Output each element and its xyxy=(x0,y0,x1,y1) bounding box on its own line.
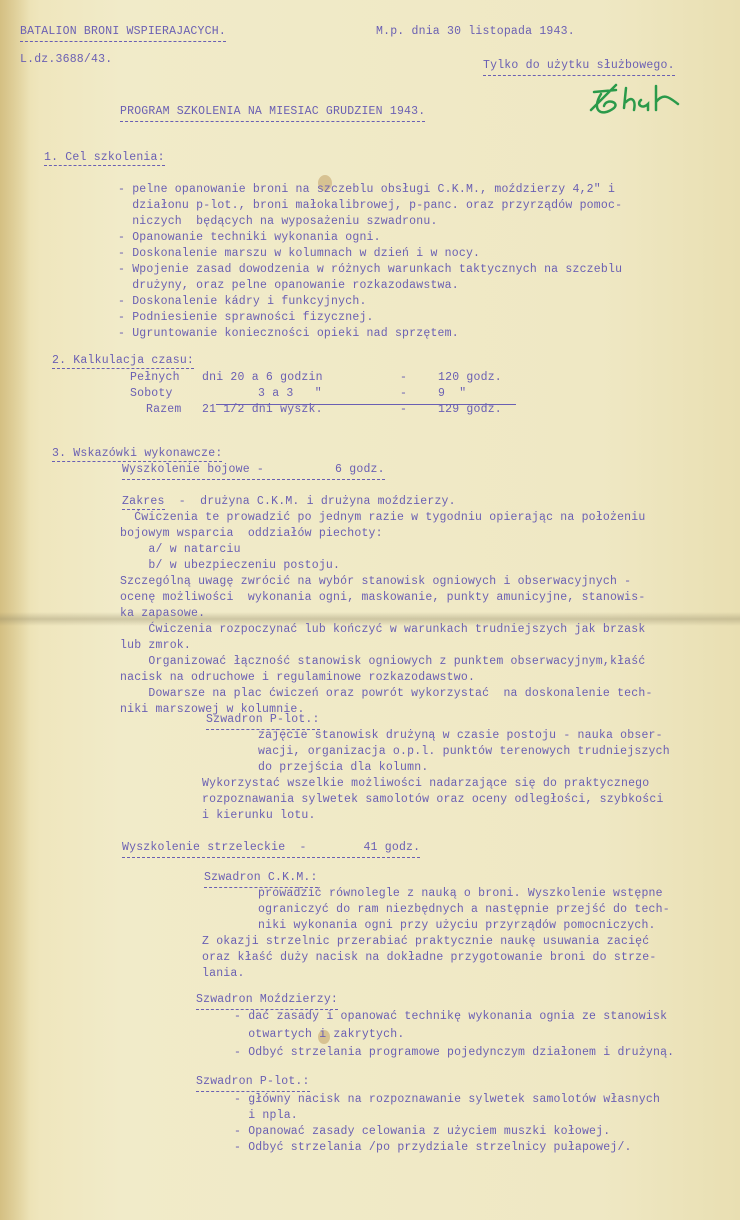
text-line: - Ugruntowanie konieczności opieki nad s… xyxy=(118,326,622,342)
ckm-after: Z okazji strzelnic przerabiać praktyczni… xyxy=(202,934,656,982)
text-line: Szczególną uwagę zwrócić na wybór stanow… xyxy=(120,574,653,590)
text-line: - Odbyć strzelania /po przydziale strzel… xyxy=(234,1140,660,1156)
text-line: - Odbyć strzelania programowe pojedynczy… xyxy=(234,1044,674,1062)
calc-value: 9 " xyxy=(438,386,466,402)
sum-rule xyxy=(216,404,516,405)
text-line: do przejścia dla kolumn. xyxy=(258,760,670,776)
plot-instructions: zajęcie stanowisk drużyną w czasie posto… xyxy=(258,728,670,776)
text-line: niki wykonania ogni przy użyciu przyrząd… xyxy=(258,918,670,934)
plot-shooting-heading: Szwadron P-lot.: xyxy=(196,1074,310,1092)
text-line: ocenę możliwości wykonania ogni, maskowa… xyxy=(120,590,653,606)
text-line: prowadzić równolegle z nauką o broni. Wy… xyxy=(258,886,670,902)
unit-name: BATALION BRONI WSPIERAJACYCH. xyxy=(20,24,226,42)
text-line: - Opanowanie techniki wykonania ogni. xyxy=(118,230,622,246)
text-line: i kierunku lotu. xyxy=(202,808,664,824)
section3-heading: 3. Wskazówki wykonawcze: xyxy=(52,446,222,462)
heading-text: 1. Cel szkolenia: xyxy=(44,151,165,166)
text-line: lania. xyxy=(202,966,656,982)
heading-text: 3. Wskazówki wykonawcze: xyxy=(52,447,222,462)
mortar-instructions: - dać zasady i opanować technikę wykonan… xyxy=(234,1008,674,1062)
paper-edge xyxy=(0,0,30,1220)
text-line: nacisk na odruchowe i regulaminowe rozka… xyxy=(120,670,653,686)
text-line: i npla. xyxy=(234,1108,660,1124)
combat-instructions: Ćwiczenia te prowadzić po jednym razie w… xyxy=(120,510,653,718)
section1-heading: 1. Cel szkolenia: xyxy=(44,150,165,166)
text-line: wacji, organizacja o.p.l. punktów tereno… xyxy=(258,744,670,760)
section2-heading: 2. Kalkulacja czasu: xyxy=(52,353,194,369)
text-line: działonu p-lot., broni małokalibrowej, p… xyxy=(118,198,622,214)
text-line: ka zapasowe. xyxy=(120,606,653,622)
text-line: - główny nacisk na rozpoznawanie sylwete… xyxy=(234,1092,660,1108)
place-date: M.p. dnia 30 listopada 1943. xyxy=(376,24,575,40)
calc-value: 120 godz. xyxy=(438,370,502,386)
text-line: niki marszowej w kolumnie. xyxy=(120,702,653,718)
text-line: bojowym wsparcia oddziałów piechoty: xyxy=(120,526,653,542)
text-line: - dać zasady i opanować technikę wykonan… xyxy=(234,1008,674,1026)
calc-label: Pełnych xyxy=(130,370,180,386)
text-line: - Doskonalenie marszu w kolumnach w dzie… xyxy=(118,246,622,262)
text-line: - Wpojenie zasad dowodzenia w różnych wa… xyxy=(118,262,622,278)
plot-shooting-instructions: - główny nacisk na rozpoznawanie sylwete… xyxy=(234,1092,660,1156)
text-line: Dowarsze na plac ćwiczeń oraz powrót wyk… xyxy=(120,686,653,702)
calc-label: Soboty xyxy=(130,386,173,402)
text-line: Wykorzystać wszelkie możliwości nadarzaj… xyxy=(202,776,664,792)
dash: - xyxy=(400,370,407,386)
text-line: - Opanować zasady celowania z użyciem mu… xyxy=(234,1124,660,1140)
document-title: PROGRAM SZKOLENIA NA MIESIAC GRUDZIEN 19… xyxy=(120,104,425,122)
text-line: otwartych i zakrytych. xyxy=(234,1026,674,1044)
document-page: BATALION BRONI WSPIERAJACYCH. M.p. dnia … xyxy=(0,0,740,1220)
scope-text: - drużyna C.K.M. i drużyna moździerzy. xyxy=(165,495,456,508)
calc-label: Razem xyxy=(146,402,182,418)
scope-label: Zakres xyxy=(122,495,165,510)
text-line: Ćwiczenia te prowadzić po jednym razie w… xyxy=(120,510,653,526)
text-line: - Podniesienie sprawności fizycznej. xyxy=(118,310,622,326)
text-line: Ćwiczenia rozpoczynać lub kończyć w waru… xyxy=(120,622,653,638)
dash: - xyxy=(400,386,407,402)
text-line: lub zmrok. xyxy=(120,638,653,654)
text-line: niczych będących na wyposażeniu szwadron… xyxy=(118,214,622,230)
text-line: zajęcie stanowisk drużyną w czasie posto… xyxy=(258,728,670,744)
classification: Tylko do użytku służbowego. xyxy=(483,58,675,76)
ckm-instructions: prowadzić równolegle z nauką o broni. Wy… xyxy=(258,886,670,934)
text-line: ograniczyć do ram niezbędnych a następni… xyxy=(258,902,670,918)
text-line: Z okazji strzelnic przerabiać praktyczni… xyxy=(202,934,656,950)
text-line: a/ w natarciu xyxy=(120,542,653,558)
reference-number: L.dz.3688/43. xyxy=(20,52,112,68)
goals-list: - pelne opanowanie broni na szczeblu obs… xyxy=(118,182,622,342)
text-line: Organizować łączność stanowisk ogniowych… xyxy=(120,654,653,670)
text-line: b/ w ubezpieczeniu postoju. xyxy=(120,558,653,574)
text-line: drużyny, oraz pelne opanowanie rozkazoda… xyxy=(118,278,622,294)
shooting-training-title: Wyszkolenie strzeleckie - 41 godz. xyxy=(122,840,420,858)
calc-desc: dni 20 a 6 godzin xyxy=(202,370,323,386)
heading-text: 2. Kalkulacja czasu: xyxy=(52,354,194,369)
plot-recognition: Wykorzystać wszelkie możliwości nadarzaj… xyxy=(202,776,664,824)
text-line: - Doskonalenie kádry i funkcyjnych. xyxy=(118,294,622,310)
combat-training-title: Wyszkolenie bojowe - 6 godz. xyxy=(122,462,385,480)
text-line: rozpoznawania sylwetek samolotów oraz oc… xyxy=(202,792,664,808)
text-line: - pelne opanowanie broni na szczeblu obs… xyxy=(118,182,622,198)
text-line: oraz kłaść duży nacisk na dokładne przyg… xyxy=(202,950,656,966)
signature-icon xyxy=(586,80,681,120)
calc-desc: 3 a 3 " xyxy=(258,386,322,402)
scope-line: Zakres - drużyna C.K.M. i drużyna moździ… xyxy=(122,494,456,510)
